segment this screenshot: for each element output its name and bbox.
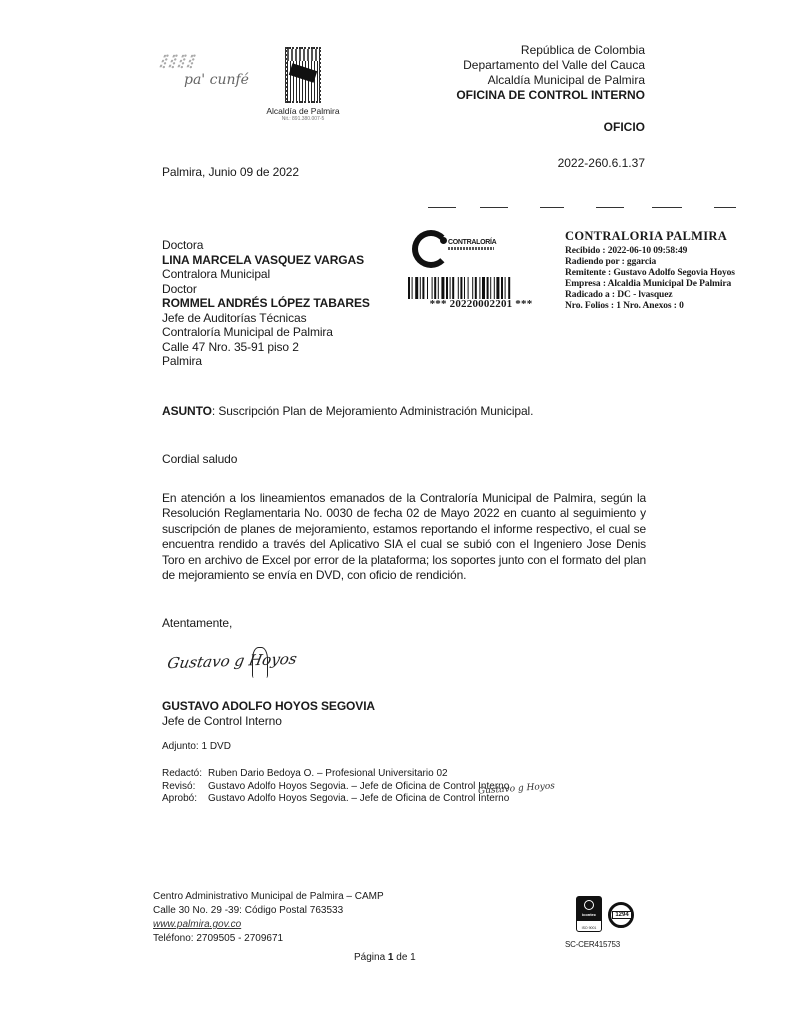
footer-address: Centro Administrativo Municipal de Palmi… [153, 890, 384, 946]
stamp-title: CONTRALORIA PALMIRA [565, 229, 727, 244]
recipient-line: Calle 47 Nro. 35-91 piso 2 [162, 340, 370, 355]
closing: Atentamente, [162, 616, 232, 631]
footer-phone: Teléfono: 2709505 - 2709671 [153, 932, 384, 946]
recipient-line: Contraloría Municipal de Palmira [162, 325, 370, 340]
attachment-note: Adjunto: 1 DVD [162, 741, 231, 752]
contraloria-logo-icon: CONTRALORÍA [410, 230, 500, 278]
certificate-code: SC-CER415753 [565, 940, 620, 949]
footer-address-line: Calle 30 No. 29 -39: Código Postal 76353… [153, 904, 384, 918]
stamp-assigned-to: Radicado a : DC - lvasquez [565, 290, 735, 301]
credit-drafted: Redactó:Ruben Dario Bedoya O. – Profesio… [162, 768, 509, 781]
credit-approved: Aprobó:Gustavo Adolfo Hoyos Segovia. – J… [162, 793, 509, 806]
org-line: República de Colombia [456, 43, 645, 58]
barcode-icon [408, 277, 554, 299]
org-line: Departamento del Valle del Cauca [456, 58, 645, 73]
contraloria-logo-text: CONTRALORÍA [448, 239, 496, 246]
recipient-line: Contralora Municipal [162, 267, 370, 282]
stamp-filed-by: Radiendo por : ggarcia [565, 257, 735, 268]
municipality-crest-icon [285, 47, 321, 103]
signer-name: GUSTAVO ADOLFO HOYOS SEGOVIA [162, 699, 375, 714]
office-name: OFICINA DE CONTROL INTERNO [456, 88, 645, 103]
footer-address-line: Centro Administrativo Municipal de Palmi… [153, 890, 384, 904]
recipient-line: Palmira [162, 354, 370, 369]
recipient-line: Doctor [162, 282, 370, 297]
city-date: Palmira, Junio 09 de 2022 [162, 165, 299, 180]
credit-reviewed: Revisó:Gustavo Adolfo Hoyos Segovia. – J… [162, 781, 509, 794]
body-paragraph: En atención a los lineamientos emanados … [162, 491, 646, 583]
recipient-name: LINA MARCELA VASQUEZ VARGAS [162, 253, 370, 268]
website-link[interactable]: www.palmira.gov.co [153, 918, 384, 932]
iqnet-seal-icon: 1294 [608, 902, 634, 928]
signature-flourish-icon [252, 647, 268, 678]
slogan-graphic: ⁝⁞⁝⁞⁝⁞⁝⁞ [156, 50, 259, 72]
subject-text: : Suscripción Plan de Mejoramiento Admin… [212, 404, 534, 418]
org-line: Alcaldía Municipal de Palmira [456, 73, 645, 88]
recipient-name: ROMMEL ANDRÉS LÓPEZ TABARES [162, 296, 370, 311]
document-type: OFICIO [604, 120, 645, 134]
subject-line: ASUNTO: Suscripción Plan de Mejoramiento… [162, 404, 533, 419]
stamp-received: Recibido : 2022-06-10 09:58:49 [565, 246, 735, 257]
recipient-line: Doctora [162, 238, 370, 253]
stamp-details: Recibido : 2022-06-10 09:58:49 Radiendo … [565, 246, 735, 312]
document-number: 2022-260.6.1.37 [558, 156, 645, 170]
recipient-line: Jefe de Auditorías Técnicas [162, 311, 370, 326]
municipality-nit: Nit.: 891.380.007-5 [262, 116, 344, 122]
stamp-sender: Remitente : Gustavo Adolfo Segovia Hoyos [565, 268, 735, 279]
page-number: Página 1 de 1 [354, 952, 416, 963]
municipality-logo-label: Alcaldía de Palmira [262, 106, 344, 116]
stamp-dash-line [408, 207, 770, 211]
stamp-folios: Nro. Folios : 1 Nro. Anexos : 0 [565, 301, 735, 312]
stamp-company: Empresa : Alcaldia Municipal De Palmira [565, 279, 735, 290]
icontec-cert-icon: icontec ISO 9001 [576, 896, 602, 932]
letterhead: República de Colombia Departamento del V… [456, 43, 645, 103]
slogan-script: pa' cunfé [184, 72, 258, 88]
handwritten-signature: Gustavo g Hoyos [166, 650, 298, 672]
slogan-logo: ⁝⁞⁝⁞⁝⁞⁝⁞ pa' cunfé [158, 50, 258, 102]
credits-block: Redactó:Ruben Dario Bedoya O. – Profesio… [162, 768, 509, 806]
greeting: Cordial saludo [162, 452, 237, 467]
subject-label: ASUNTO [162, 404, 212, 418]
recipients-block: Doctora LINA MARCELA VASQUEZ VARGAS Cont… [162, 238, 370, 369]
signer-role: Jefe de Control Interno [162, 714, 282, 729]
barcode-number: *** 20220002201 *** [408, 298, 554, 310]
